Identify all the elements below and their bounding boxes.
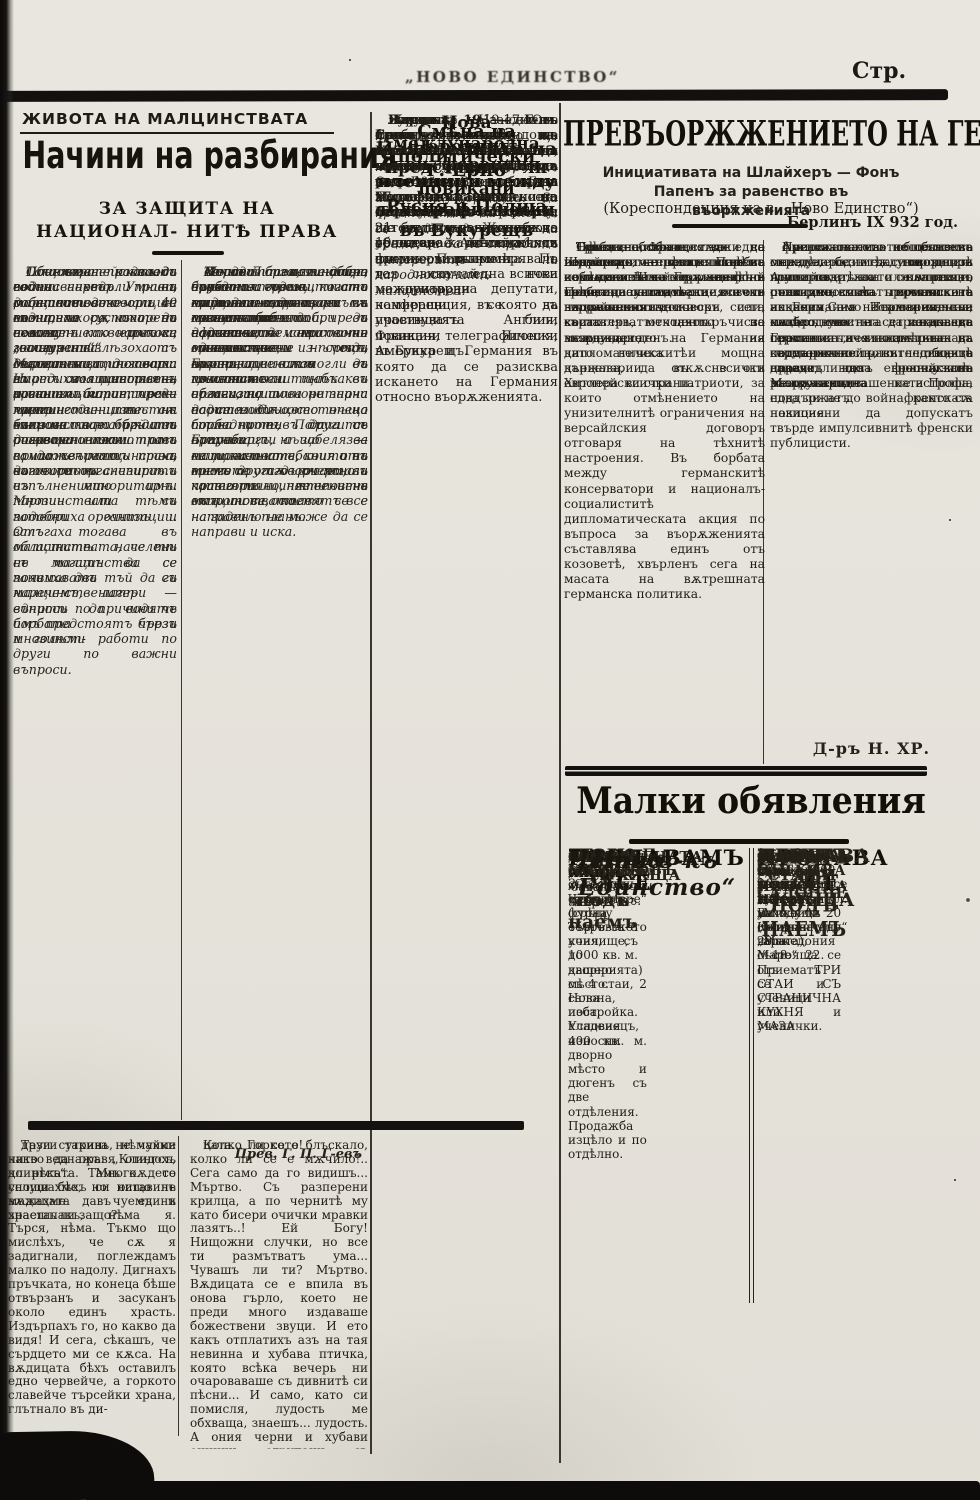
classifieds-header: Малки обявления xyxy=(565,779,937,822)
germany-headline: ПРЕВЪОРЖЖЕНИЕТО НА ГЕРМАНИЯ xyxy=(563,112,959,154)
masthead-brand: „НОВО ЕДИНСТВО“ xyxy=(405,68,620,86)
germany-dateline: Берлинъ IX 932 год. xyxy=(762,214,958,231)
masthead-rule xyxy=(0,89,948,102)
section-rule xyxy=(565,766,927,776)
article-headline: Начини на разбирания xyxy=(22,134,351,178)
ad-reference: Справка редакцията xyxy=(757,849,834,879)
column-divider xyxy=(181,260,182,1120)
feuilleton-column-1: други такива не чухме нито веднажъ: „Кли… xyxy=(8,1139,176,1439)
feuilleton-column-2: цата... Горкото! Колко ли се е блъскало,… xyxy=(190,1139,368,1449)
article-kicker: ЖИВОТА НА МАЛЦИНСТВАТА xyxy=(20,110,334,134)
column-divider xyxy=(178,1136,179,1436)
article-paragraph: И двата начина на борба за защита на нац… xyxy=(191,264,368,356)
news-column: Нова международна кон- ференция Женева 1… xyxy=(375,113,558,1458)
scan-edge-shadow xyxy=(0,0,14,1500)
minorities-column-1: Общоевропейската война хвърли въ робство… xyxy=(13,264,177,1118)
article-paragraph: Така това продължи години наредъ. Умни и… xyxy=(13,264,177,646)
page-number-label: Стр. xyxy=(852,58,906,84)
ads-column-divider xyxy=(749,848,754,1303)
article-paragraph: Тази сутринь, нѣмайки какво да правя оти… xyxy=(8,1139,176,1417)
scan-bottom-band xyxy=(86,1481,980,1500)
column-divider xyxy=(370,112,372,1454)
decorative-dash xyxy=(152,251,224,255)
article-paragraph: При такова съотношение на международнитѣ… xyxy=(770,240,973,451)
minorities-column-2: венитѣ организации, а другитѣ чрезъ чист… xyxy=(191,264,368,1118)
germany-column-1: Официалнитѣ постѫпки на германското прав… xyxy=(564,240,765,764)
promo-line: „Ново Единство“ xyxy=(568,847,749,901)
article-paragraph: Варшава. — На 17 т. м. стана смѣната на … xyxy=(375,113,558,252)
article-subhead: ЗА ЗАЩИТА НА НАЦИОНАЛ- НИТѢ ПРАВА xyxy=(26,198,348,244)
article-paragraph: Наистина, Франция зае една непримирима п… xyxy=(564,240,765,300)
author-signature: Д-ръ Н. ХР. xyxy=(770,739,973,758)
newspaper-page: „НОВО ЕДИНСТВО“ Стр. ЖИВОТА НА МАЛЦИНСТВ… xyxy=(0,0,980,1500)
article-paragraph: Колко ли се е блъскало, колко ли се е мѫ… xyxy=(190,1139,368,1449)
germany-column-2: френската теза се сблъсква съ международ… xyxy=(770,240,973,736)
column-divider xyxy=(559,103,561,1463)
classifieds-underline xyxy=(629,839,849,844)
